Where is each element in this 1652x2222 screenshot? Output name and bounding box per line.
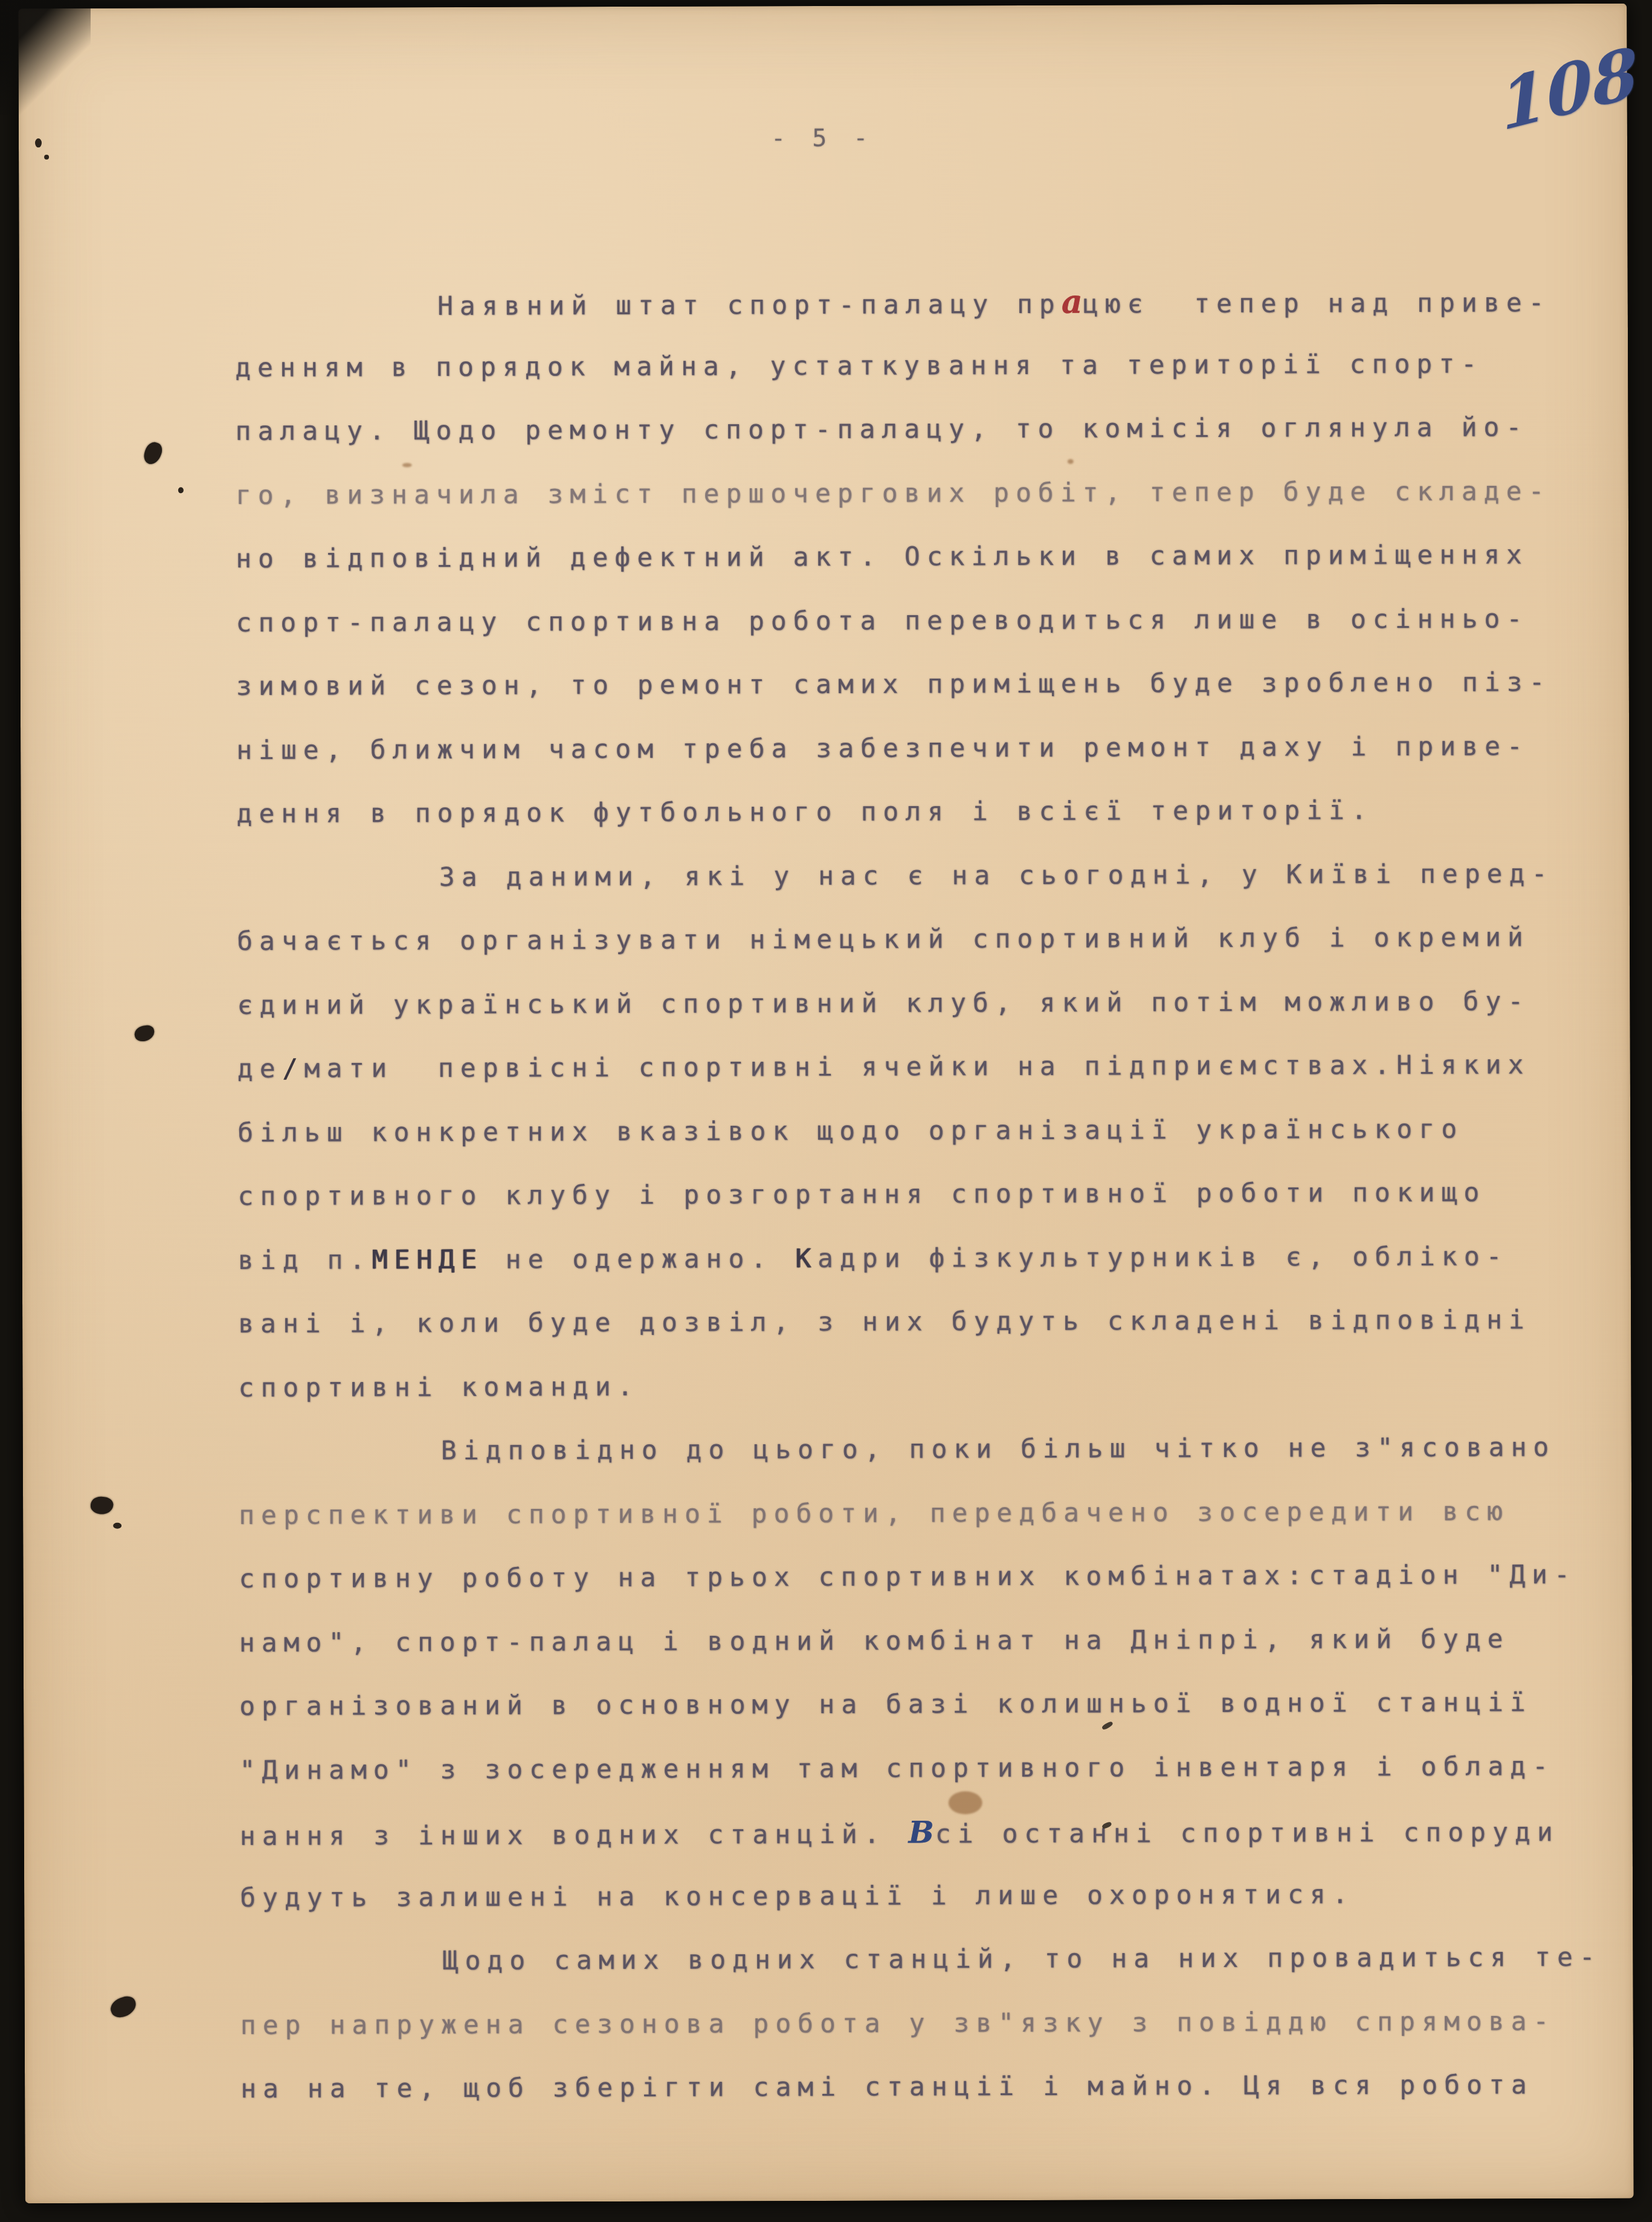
document-page: - 5 - 108 Наявний штат спорт-палацу прац…	[18, 4, 1633, 2203]
typewritten-segment: зимовий сезон, то ремонт самих приміщень…	[236, 667, 1552, 702]
brown-stain	[949, 1791, 982, 1814]
typewritten-segment: ніше, ближчим часом треба забезпечити ре…	[236, 731, 1529, 766]
text-line: єдиний український спортивний клуб, який…	[237, 969, 1621, 1038]
text-line: денням в порядок майна, устаткування та …	[235, 332, 1619, 400]
typewritten-segment: не одержано.	[483, 1244, 796, 1275]
typewritten-segment: Відповідно до цього, поки більш чітко не…	[441, 1432, 1556, 1466]
paper-speck	[35, 138, 42, 147]
typewritten-segment: пер напружена сезонова робота у зв"язку …	[240, 2006, 1556, 2041]
text-line: спорт-палацу спортивна робота переводить…	[236, 587, 1619, 655]
text-line: палацу. Щодо ремонту спорт-палацу, то ко…	[235, 396, 1619, 464]
brown-speck	[1068, 459, 1074, 464]
paper-speck	[44, 155, 49, 160]
handwritten-slash-mark: /	[282, 1054, 305, 1084]
text-line: ніше, ближчим часом треба забезпечити ре…	[236, 714, 1620, 783]
text-line: будуть залишені на консервації і лише ох…	[240, 1862, 1624, 1930]
typewritten-segment: нання з інших водних станцій.	[240, 1820, 909, 1852]
paragraph: Щодо самих водних станцій, то на них про…	[240, 1926, 1624, 2122]
paragraph: Відповідно до цього, поки більш чітко не…	[239, 1416, 1624, 1930]
typewritten-segment: на на те, щоб зберігти самі станції і ма…	[240, 2070, 1534, 2104]
typewritten-segment: дення в порядок футбольного поля і всієї…	[236, 795, 1373, 829]
typewritten-segment: будуть залишені на консервації і лише ох…	[240, 1879, 1355, 1913]
ink-blot	[133, 1024, 156, 1042]
text-line: вані і, коли буде дозвіл, з них будуть с…	[238, 1288, 1622, 1357]
text-line: Наявний штат спорт-палацу працює тепер н…	[235, 268, 1619, 337]
text-line: За даними, які у нас є на сьогодні, у Ки…	[237, 842, 1621, 910]
typewritten-segment: Щодо самих водних станцій, то на них про…	[442, 1942, 1601, 1976]
text-line: від п.МЕНДЕ не одержано. Кадри фізкульту…	[238, 1224, 1622, 1293]
scanned-document-photo: { "header": { "page_number": "- 5 -", "f…	[0, 0, 1652, 2222]
typewritten-segment: спортивну роботу на трьох спортивних ком…	[239, 1560, 1576, 1594]
typewritten-text-block: Наявний штат спорт-палацу працює тепер н…	[235, 268, 1625, 2122]
text-line: організований в основному на базі колишн…	[239, 1671, 1623, 1739]
text-line: Щодо самих водних станцій, то на них про…	[240, 1926, 1624, 1994]
handwritten-blue-correction: В	[908, 1814, 935, 1850]
typewritten-segment: організований в основному на базі колишн…	[239, 1687, 1532, 1722]
typewritten-segment: За даними, які у нас є на сьогодні, у Ки…	[439, 859, 1554, 893]
paragraph: За даними, які у нас є на сьогодні, у Ки…	[237, 842, 1622, 1420]
typewritten-segment: цює тепер над приве-	[1083, 288, 1551, 319]
text-line: намо", спорт-палац і водний комбінат на …	[239, 1607, 1623, 1675]
typewritten-segment: бачається організувати німецький спортив…	[237, 922, 1530, 957]
typewritten-segment: палацу. Щодо ремонту спорт-палацу, то ко…	[235, 412, 1528, 447]
typewritten-segment: більш конкретних вказівок щодо організац…	[237, 1114, 1463, 1148]
text-line: спортивного клубу і розгортання спортивн…	[237, 1161, 1621, 1229]
paper-speck	[113, 1523, 121, 1529]
typewritten-segment: сі останні спортивні споруди	[935, 1817, 1560, 1849]
overtyped-text: МЕНДЕ	[372, 1244, 483, 1275]
typewritten-segment: від п.	[238, 1245, 372, 1276]
typewritten-segment: спорт-палацу спортивна робота переводить…	[236, 604, 1529, 638]
page-number: - 5 -	[771, 124, 874, 153]
text-line: бачається організувати німецький спортив…	[237, 906, 1621, 974]
text-line: спортивну роботу на трьох спортивних ком…	[239, 1543, 1622, 1612]
text-line: го, визначила зміст першочергових робіт,…	[236, 459, 1619, 528]
text-line: дення в порядок футбольного поля і всієї…	[236, 778, 1620, 847]
typewritten-segment: мати первісні спортивні ячейки на підпри…	[304, 1050, 1530, 1084]
text-line: но відповідний дефектний акт. Оскільки в…	[236, 523, 1619, 592]
typewritten-segment: Наявний штат спорт-палацу пр	[437, 289, 1062, 321]
folio-number-handwritten: 108	[1499, 38, 1641, 141]
handwritten-red-correction: а	[1062, 282, 1083, 321]
text-line: зимовий сезон, то ремонт самих приміщень…	[236, 651, 1620, 719]
brown-speck	[402, 463, 412, 467]
paper-speck	[178, 487, 184, 493]
text-line: пер напружена сезонова робота у зв"язку …	[240, 1989, 1624, 2058]
typewritten-segment: перспективи спортивної роботи, передбаче…	[239, 1496, 1509, 1531]
ink-blot	[142, 440, 164, 466]
text-line: більш конкретних вказівок щодо організац…	[237, 1097, 1621, 1165]
typewritten-segment: спортивні команди.	[238, 1371, 639, 1403]
typewritten-segment: денням в порядок майна, устаткування та …	[235, 349, 1483, 383]
overtyped-text: К	[795, 1244, 818, 1274]
typewritten-segment: намо", спорт-палац і водний комбінат на …	[239, 1624, 1510, 1658]
typewritten-segment: єдиний український спортивний клуб, який…	[237, 986, 1530, 1021]
typewritten-segment: адри фізкультурників є, обліко-	[818, 1241, 1509, 1274]
typewritten-segment: "Динамо" з зосередженням там спортивного…	[239, 1751, 1555, 1786]
text-line: нання з інших водних станцій. Всі останн…	[240, 1798, 1624, 1867]
text-line: спортивні команди.	[238, 1352, 1622, 1420]
typewritten-segment: го, визначила зміст першочергових робіт,…	[236, 476, 1551, 511]
typewritten-segment: спортивного клубу і розгортання спортивн…	[237, 1178, 1486, 1212]
typewritten-segment: де	[237, 1054, 282, 1084]
text-line: "Динамо" з зосередженням там спортивного…	[239, 1734, 1623, 1803]
typewritten-segment: вані і, коли буде дозвіл, з них будуть с…	[238, 1305, 1531, 1339]
text-line: де/мати первісні спортивні ячейки на під…	[237, 1033, 1621, 1102]
text-line: перспективи спортивної роботи, передбаче…	[239, 1479, 1622, 1548]
ink-blot	[108, 1994, 139, 2020]
text-line: на на те, щоб зберігти самі станції і ма…	[240, 2053, 1624, 2122]
ink-blot	[89, 1495, 114, 1516]
typewritten-segment: но відповідний дефектний акт. Оскільки в…	[236, 540, 1529, 574]
text-line: Відповідно до цього, поки більш чітко не…	[239, 1416, 1622, 1484]
paragraph: Наявний штат спорт-палацу працює тепер н…	[235, 268, 1621, 847]
